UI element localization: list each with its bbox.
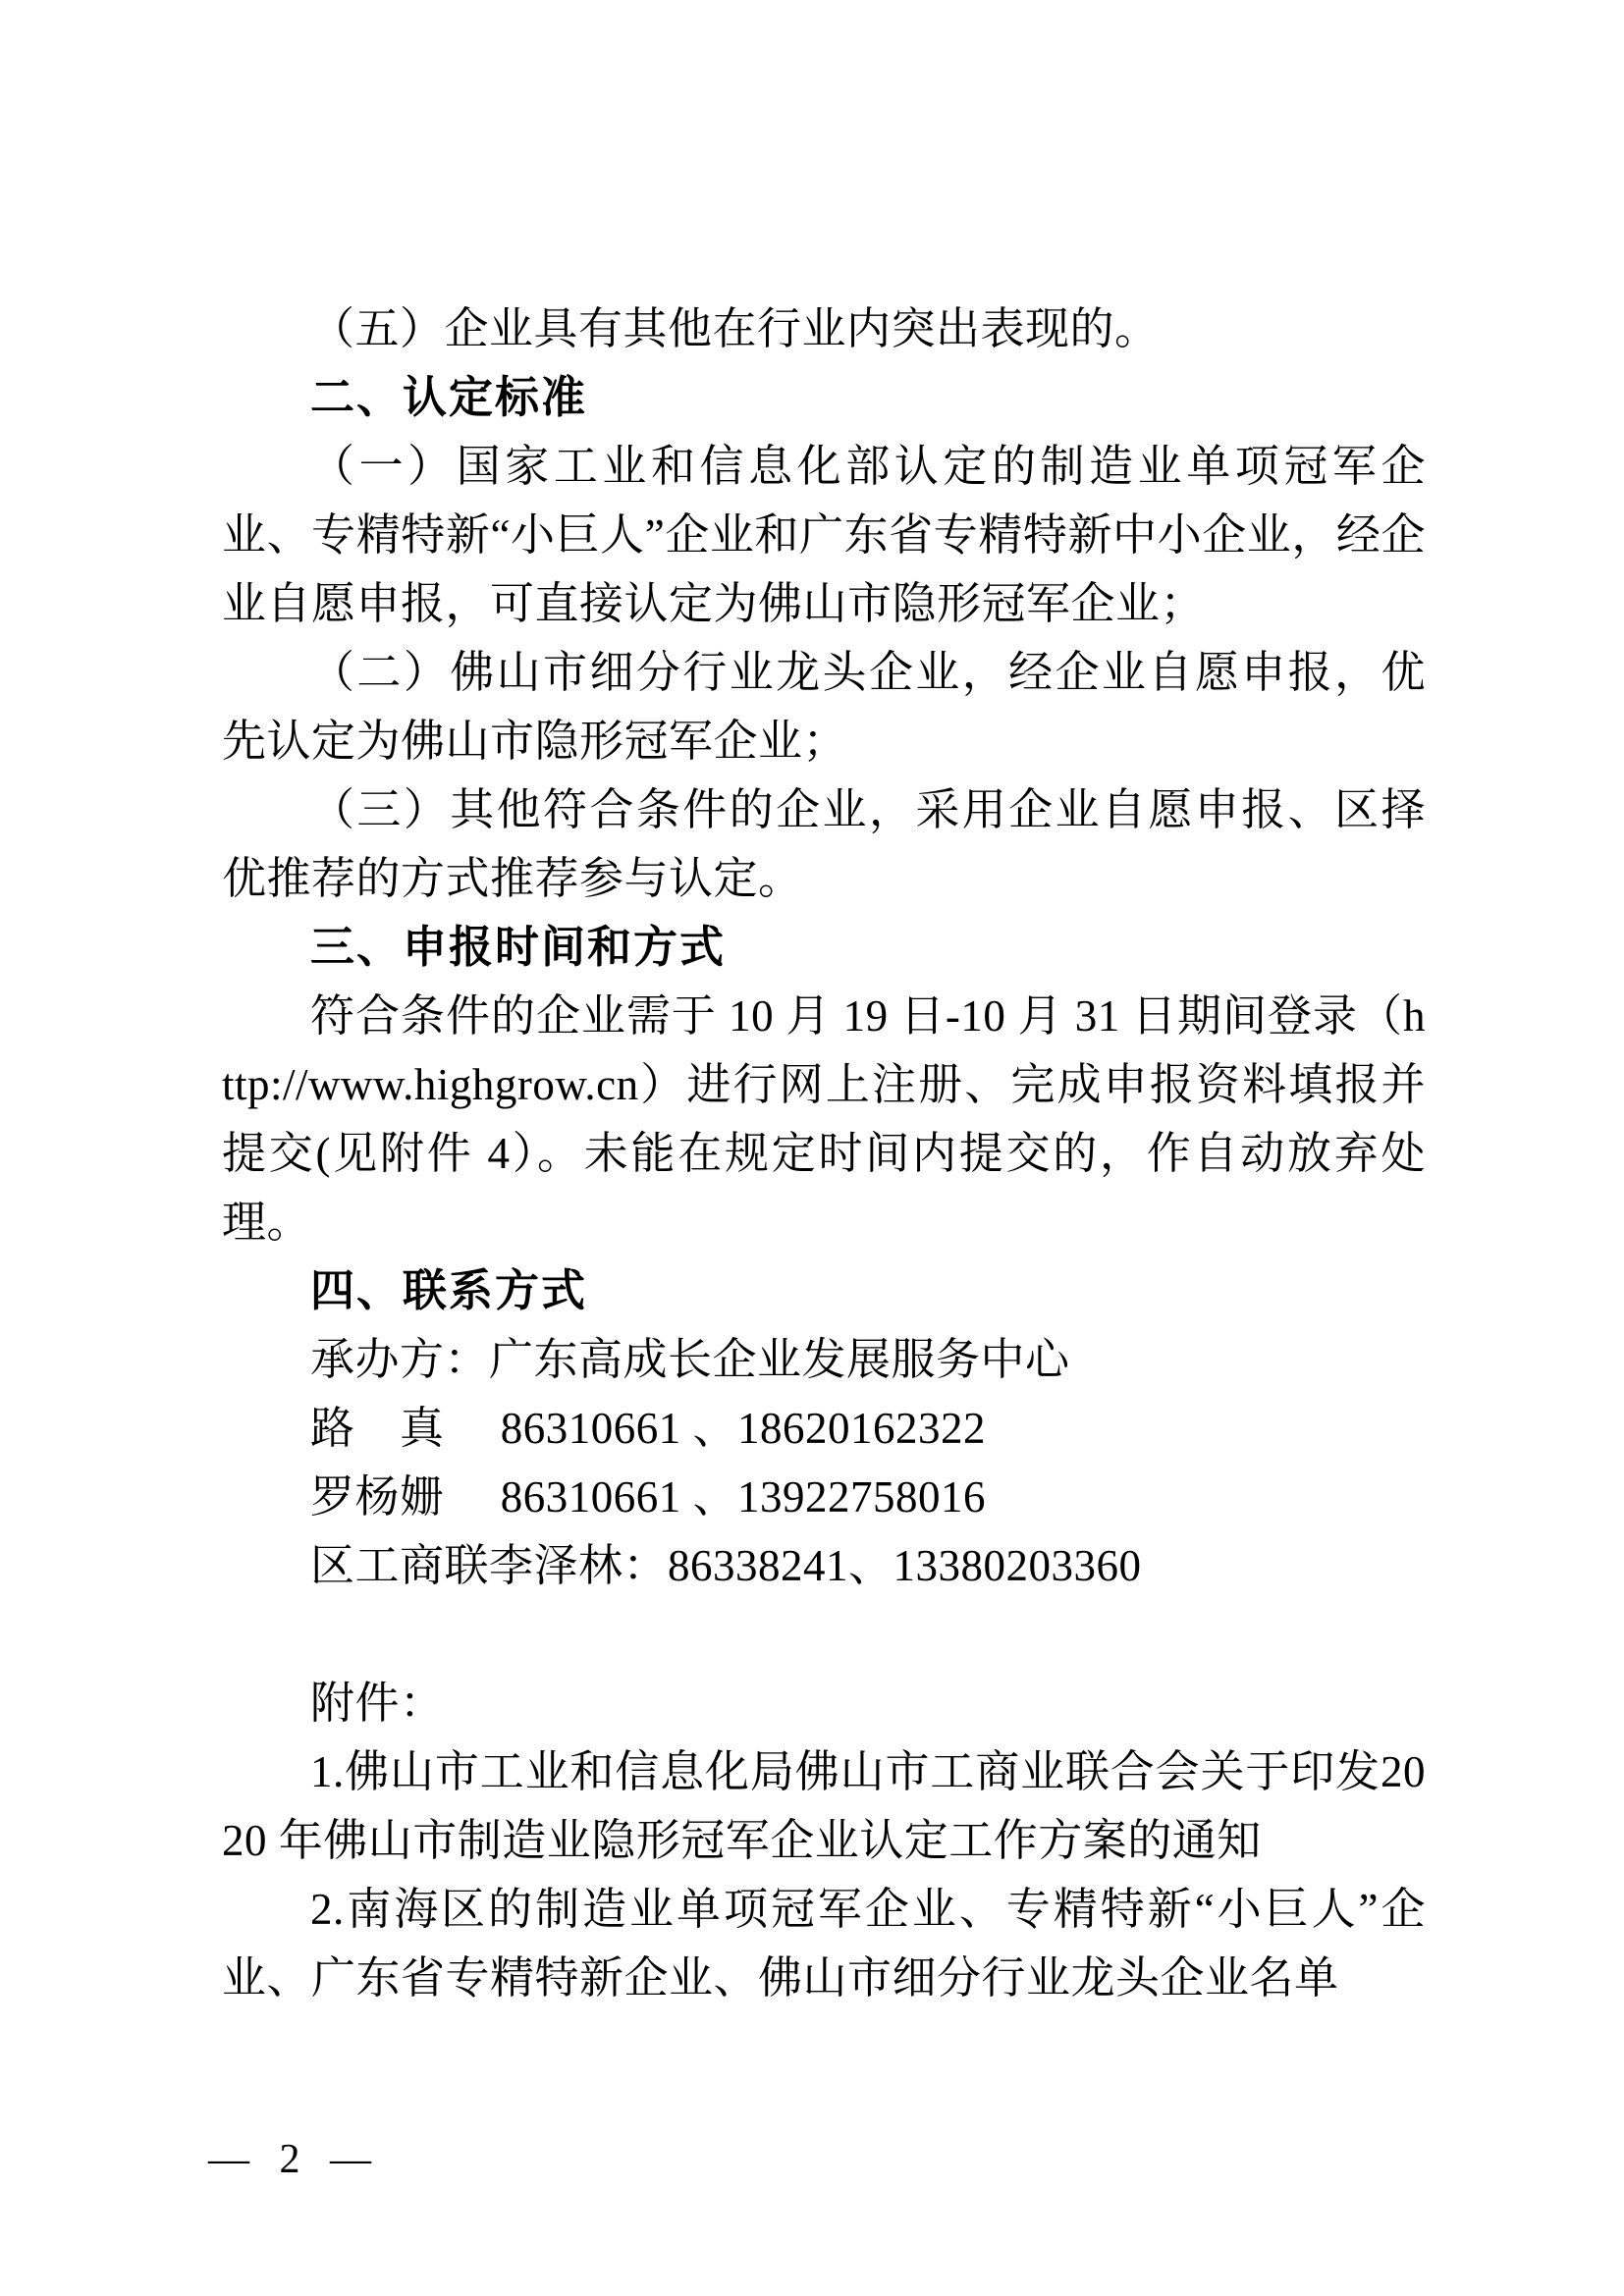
- contact-person-line-2: 罗杨姗 86310661 、13922758016: [222, 1463, 1426, 1531]
- contact-organizer-line: 承办方：广东高成长企业发展服务中心: [222, 1325, 1426, 1394]
- section-heading-3-application: 三、申报时间和方式: [222, 913, 1426, 982]
- criteria-item-1: （一）国家工业和信息化部认定的制造业单项冠军企业、专精特新“小巨人”企业和广东省…: [222, 432, 1426, 638]
- clause-item-5: （五）企业具有其他在行业内突出表现的。: [222, 294, 1426, 363]
- criteria-item-2: （二）佛山市细分行业龙头企业，经企业自愿申报，优先认定为佛山市隐形冠军企业；: [222, 638, 1426, 775]
- criteria-item-3: （三）其他符合条件的企业，采用企业自愿申报、区择优推荐的方式推荐参与认定。: [222, 775, 1426, 913]
- document-content: （五）企业具有其他在行业内突出表现的。 二、认定标准 （一）国家工业和信息化部认…: [222, 294, 1426, 2012]
- section-heading-2-criteria: 二、认定标准: [222, 363, 1426, 432]
- section-heading-4-contact: 四、联系方式: [222, 1256, 1426, 1325]
- application-period-paragraph: 符合条件的企业需于 10 月 19 日-10 月 31 日期间登录（http:/…: [222, 982, 1426, 1256]
- page-number: — 2 —: [208, 2128, 381, 2191]
- attachment-item-1: 1.佛山市工业和信息化局佛山市工商业联合会关于印发2020 年佛山市制造业隐形冠…: [222, 1737, 1426, 1875]
- attachments-label: 附件：: [222, 1669, 1426, 1737]
- contact-person-line-3: 区工商联李泽林：86338241、13380203360: [222, 1531, 1426, 1600]
- attachment-item-2: 2.南海区的制造业单项冠军企业、专精特新“小巨人”企业、广东省专精特新企业、佛山…: [222, 1875, 1426, 2012]
- contact-person-line-1: 路 真 86310661 、18620162322: [222, 1394, 1426, 1463]
- document-page: （五）企业具有其他在行业内突出表现的。 二、认定标准 （一）国家工业和信息化部认…: [0, 0, 1624, 2296]
